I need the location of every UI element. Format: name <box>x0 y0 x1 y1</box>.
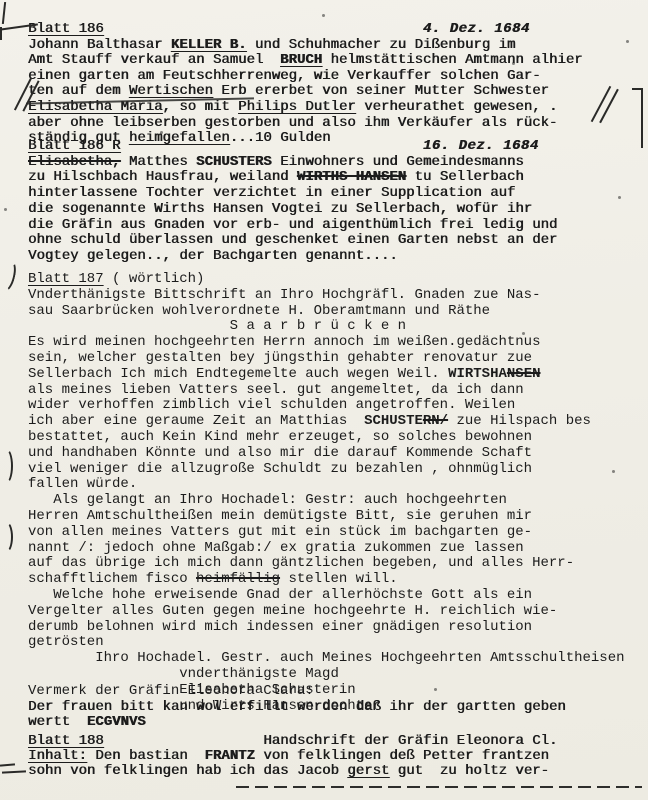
text-segment: ohne schuld überlassen und geschenket ei… <box>28 232 557 248</box>
text-segment: vnderthänigste Magd <box>28 666 339 682</box>
text-segment: wertt <box>28 714 87 730</box>
document-line: vnderthänigste Magd <box>28 667 648 683</box>
document-line: Blatt 187 ( wörtlich) <box>28 272 648 288</box>
text-segment: RN/ <box>423 413 448 429</box>
text-segment: Johann Balthasar <box>28 37 171 53</box>
text-segment: Philips Dutler <box>238 99 356 115</box>
blatt-188-heading: Blatt 188 <box>28 733 104 749</box>
text-segment: heimfällig <box>196 571 280 587</box>
document-line: hinterlassene Tochter verzichtet in eine… <box>28 186 648 202</box>
document-line: Ihro Hochadel. Gestr. auch Meines Hochge… <box>28 651 648 667</box>
text-segment: zu Hilschbach Hausfrau, weiland <box>28 169 297 185</box>
document-line: Vogtey gelegen.., der Bachgarten genannt… <box>28 249 648 265</box>
document-line: derumb belohnen wird mich indessen einer… <box>28 620 648 636</box>
text-segment: BRUCH <box>280 52 322 68</box>
text-segment <box>104 21 423 37</box>
document-line: auf das übrige ich mich dann gäntzlichen… <box>28 556 648 572</box>
blatt-186r-entry: Blatt 186 R 16. Dez. 1684Elisabetha, Mat… <box>28 139 648 265</box>
document-line: sein, welcher gestalten bey jüngsthin ge… <box>28 351 648 367</box>
blatt-186r-heading: Blatt 186 R <box>28 138 120 154</box>
document-line: fallen würde. <box>28 477 648 493</box>
vermerk-entry: Vermerk der Gräfin Eleonora Clara:Der fr… <box>28 684 648 731</box>
text-segment <box>28 318 230 334</box>
document-line: sau Saarbrücken wohlverordnete H. Oberam… <box>28 304 648 320</box>
document-line: aber ohne leibserben gestorben und also … <box>28 116 648 132</box>
handwritten-dash-bottom-left <box>2 770 26 774</box>
document-line: S a a r b r ü c k e n <box>28 319 648 335</box>
text-segment: hinterlassene Tochter verzichtet in eine… <box>28 185 515 201</box>
document-line: schafftlichem fisco heimfällig stellen w… <box>28 572 648 588</box>
text-segment: ich aber eine geraume Zeit an Matthias <box>28 413 364 429</box>
handschrift-note: Handschrift der Gräfin Eleonora Cl. <box>263 733 557 749</box>
document-line: die sogenannte Wirths Hansen Vogtei zu S… <box>28 202 648 218</box>
document-line: ohne schuld überlassen und geschenket ei… <box>28 233 648 249</box>
text-segment: Es wird meinen hochgeehrten Herrn annoch… <box>28 334 540 350</box>
ink-speck <box>322 14 325 17</box>
document-line: Inhalt: Den bastian FRANTZ von felklinge… <box>28 749 648 764</box>
ink-speck <box>618 196 621 199</box>
text-segment: tu Sellerbach <box>406 169 524 185</box>
document-line: und handhaben Könnte und also mir die da… <box>28 446 648 462</box>
text-segment: nannt /: jedoch ohne Maßgab:/ ex gratia … <box>28 540 524 556</box>
text-segment: helmstättischen Amtmann alhier <box>322 52 582 68</box>
document-line: Johann Balthasar KELLER B. und Schuhmach… <box>28 38 648 54</box>
document-line: Vergelter alles Guten gegen meine hochge… <box>28 604 648 620</box>
document-line: Amt Stauff verkauf an Samuel BRUCH helms… <box>28 53 648 69</box>
saarbruecken-heading: S a a r b r ü c k e n <box>230 318 406 334</box>
handwritten-paren-mark <box>0 259 19 293</box>
document-line: wider verhoffen zimblich viel schulden a… <box>28 398 648 414</box>
document-line: Als gelangt an Ihro Hochadel: Gestr: auc… <box>28 493 648 509</box>
vermerk-heading: Vermerk der Gräfin Eleonora Clara: <box>28 683 314 699</box>
text-segment: aber ohne leibserben gestorben und also … <box>28 115 557 131</box>
text-segment: NSEN <box>507 366 541 382</box>
document-line: Elisabetha, Matthes SCHUSTERS Einwohners… <box>28 155 648 171</box>
text-segment: Inhalt: <box>28 748 87 764</box>
text-segment: gut zu holtz ver- <box>389 763 549 779</box>
text-segment: FRANTZ <box>204 748 254 764</box>
document-line: Elisabetha Maria, so mit Philips Dutler … <box>28 100 648 116</box>
text-segment: die Gräfin aus Gnaden vor erb- und aigen… <box>28 217 557 233</box>
document-line: nannt /: jedoch ohne Maßgab:/ ex gratia … <box>28 541 648 557</box>
text-segment: Matthes <box>120 154 196 170</box>
text-segment: Ihro Hochadel. Gestr. auch Meines Hochge… <box>28 650 625 666</box>
blatt-187-heading: Blatt 187 <box>28 271 104 287</box>
handwritten-paren-mark <box>0 521 13 553</box>
text-segment: und handhaben Könnte und also mir die da… <box>28 445 532 461</box>
text-segment: Als gelangt an Ihro Hochadel: Gestr: auc… <box>28 492 507 508</box>
text-segment: Herren Amtschultheißen mein demütigste B… <box>28 508 532 524</box>
text-segment: sau Saarbrücken wohlverordnete H. Oberam… <box>28 303 490 319</box>
text-segment: verheurathet gewesen, . <box>356 99 558 115</box>
document-line: Vermerk der Gräfin Eleonora Clara: <box>28 684 648 700</box>
ink-speck <box>522 332 525 335</box>
text-segment: fallen würde. <box>28 476 137 492</box>
text-segment: , so mit <box>162 99 238 115</box>
blatt-188-entry: Blatt 188 Handschrift der Gräfin Eleonor… <box>28 734 648 779</box>
document-line: Welche hohe erweisende Gnad der allerhöc… <box>28 588 648 604</box>
text-segment: die sogenannte Wirths Hansen Vogtei zu S… <box>28 201 532 217</box>
document-line: von allen meines Vatters gut mit ein stü… <box>28 525 648 541</box>
document-line: Der frauen bitt kan wol erfillt werden d… <box>28 700 648 716</box>
text-segment: SCHUSTE <box>364 413 423 429</box>
text-segment: Der frauen bitt kan wol erfillt werden d… <box>28 699 566 715</box>
document-line: zu Hilschbach Hausfrau, weiland WIRTHS H… <box>28 170 648 186</box>
document-line: wertt ECGVNVS <box>28 715 648 731</box>
text-segment: schafftlichem fisco <box>28 571 196 587</box>
text-segment: Welche hohe erweisende Gnad der allerhöc… <box>28 587 532 603</box>
text-segment: zue Hilspach bes <box>448 413 591 429</box>
entry-date-186: 4. Dez. 1684 <box>423 21 530 37</box>
text-segment: wider verhoffen zimblich viel schulden a… <box>28 397 515 413</box>
page: Blatt 186 4. Dez. 1684Johann Balthasar K… <box>0 0 648 800</box>
text-segment: viel weniger die allzugroße Schuldt zu b… <box>28 461 532 477</box>
ink-speck <box>612 470 615 473</box>
text-segment: und Schuhmacher zu Dißenburg im <box>246 37 515 53</box>
text-segment: WIRTSHA <box>448 366 507 382</box>
text-segment: von allen meines Vatters gut mit ein stü… <box>28 524 532 540</box>
document-line: Es wird meinen hochgeehrten Herrn annoch… <box>28 335 648 351</box>
blatt-186-heading: Blatt 186 <box>28 21 104 37</box>
text-segment: auf das übrige ich mich dann gäntzlichen… <box>28 555 574 571</box>
text-segment: SCHUSTERS <box>196 154 272 170</box>
text-segment: als meines lieben Vatters seel. gut ange… <box>28 382 524 398</box>
ink-speck <box>160 131 163 134</box>
document-line: Blatt 186 R 16. Dez. 1684 <box>28 139 648 155</box>
text-segment: von felklingen deß Petter frantzen <box>255 748 549 764</box>
document-line: Blatt 188 Handschrift der Gräfin Eleonor… <box>28 734 648 749</box>
document-line: Sellerbach Ich mich Endtegemelte auch we… <box>28 367 648 383</box>
document-line: ich aber eine geraume Zeit an Matthias S… <box>28 414 648 430</box>
text-segment: sein, welcher gestalten bey jüngsthin ge… <box>28 350 532 366</box>
text-segment: KELLER B. <box>171 37 247 53</box>
text-segment: Elisabetha, <box>28 154 120 170</box>
text-segment: Vergelter alles Guten gegen meine hochge… <box>28 603 557 619</box>
entry-date-186r: 16. Dez. 1684 <box>423 138 539 154</box>
text-segment: Den bastian <box>87 748 205 764</box>
document-line: als meines lieben Vatters seel. gut ange… <box>28 383 648 399</box>
document-line: sohn von felklingen hab ich das Jacob ge… <box>28 764 648 779</box>
document-line: Blatt 186 4. Dez. 1684 <box>28 22 648 38</box>
handwritten-tick-top-left <box>2 2 6 24</box>
handwritten-dash-bottom-left <box>0 763 15 767</box>
text-segment: getrösten <box>28 634 104 650</box>
text-segment: bestattet, auch Kein Kind mehr erzeuget,… <box>28 429 532 445</box>
document-line: bestattet, auch Kein Kind mehr erzeuget,… <box>28 430 648 446</box>
document-line: die Gräfin aus Gnaden vor erb- und aigen… <box>28 218 648 234</box>
document-line: viel weniger die allzugroße Schuldt zu b… <box>28 462 648 478</box>
bottom-dashed-rule <box>236 786 642 788</box>
document-line: Vnderthänigste Bittschrift an Ihro Hochg… <box>28 288 648 304</box>
text-segment <box>104 733 264 749</box>
text-segment: ( wörtlich) <box>104 271 205 287</box>
ink-speck <box>512 62 515 65</box>
text-segment: sohn von felklingen hab ich das Jacob <box>28 763 347 779</box>
text-segment: ten auf dem <box>28 83 129 99</box>
handwritten-bracket-right <box>632 88 643 148</box>
ink-speck <box>4 208 7 211</box>
document-line: Herren Amtschultheißen mein demütigste B… <box>28 509 648 525</box>
text-segment: stellen will. <box>280 571 398 587</box>
text-segment: Vogtey gelegen.., der Bachgarten genannt… <box>28 248 398 264</box>
text-segment: einen garten am Feutschherrenweg, wie Ve… <box>28 68 540 84</box>
document-line: einen garten am Feutschherrenweg, wie Ve… <box>28 69 648 85</box>
text-segment: Sellerbach Ich mich Endtegemelte auch we… <box>28 366 448 382</box>
text-segment: Amt Stauff verkauf an Samuel <box>28 52 280 68</box>
text-segment: ECGVNVS <box>87 714 146 730</box>
document-line: ten auf dem Wertischen Erb ererbet von s… <box>28 84 648 100</box>
text-segment: Erb ererbet von seiner Mutter Schwester <box>213 83 549 99</box>
text-segment: gerst <box>347 763 389 779</box>
text-segment: Einwohners und Gemeindesmanns <box>272 154 524 170</box>
text-segment: WIRTHS HANSEN <box>297 169 406 185</box>
blatt-186-entry: Blatt 186 4. Dez. 1684Johann Balthasar K… <box>28 22 648 147</box>
text-segment: Vnderthänigste Bittschrift an Ihro Hochg… <box>28 287 540 303</box>
text-segment: derumb belohnen wird mich indessen einer… <box>28 619 532 635</box>
handwritten-paren-mark <box>0 448 13 484</box>
blatt-187-entry: Blatt 187 ( wörtlich)Vnderthänigste Bitt… <box>28 272 648 714</box>
text-segment: Wertischen <box>129 83 213 99</box>
ink-speck <box>626 40 629 43</box>
document-line: getrösten <box>28 635 648 651</box>
text-segment <box>120 138 422 154</box>
ink-speck <box>434 688 437 691</box>
